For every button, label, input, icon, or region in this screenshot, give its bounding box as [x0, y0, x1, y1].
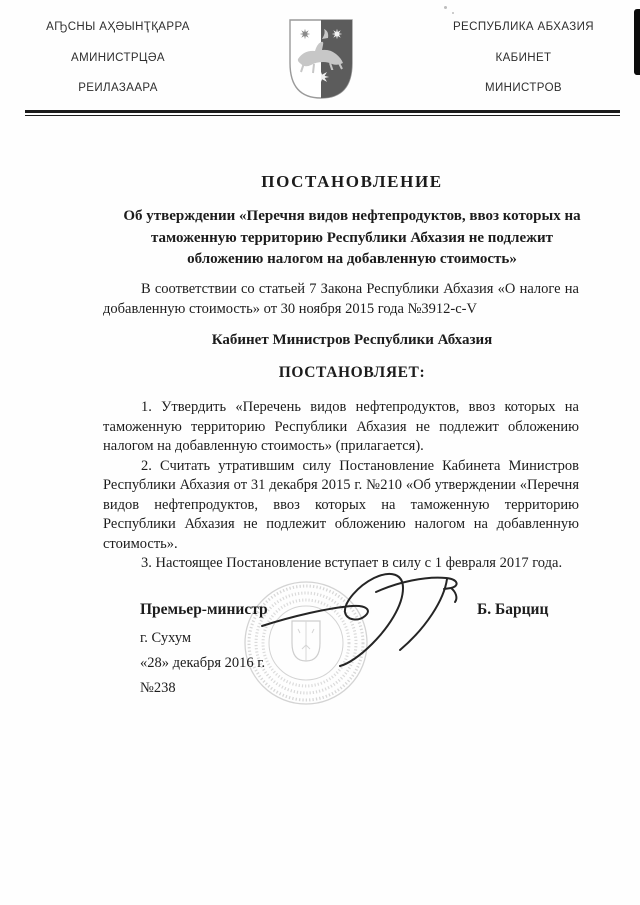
signature-city: г. Сухум — [140, 630, 191, 647]
header-line: АҦСНЫ АҲӘЫНҬҚАРРА — [28, 21, 208, 33]
scan-noise — [444, 6, 447, 9]
scan-noise — [452, 12, 454, 14]
signatory-name: Б. Барциц — [477, 601, 548, 619]
document-number: №238 — [140, 680, 176, 697]
coat-of-arms-icon — [286, 17, 356, 106]
header-russian-name: РЕСПУБЛИКА АБХАЗИЯ КАБИНЕТ МИНИСТРОВ — [436, 21, 611, 113]
header-line: МИНИСТРОВ — [436, 82, 611, 94]
resolution-items: 1. Утвердить «Перечень видов нефтепродук… — [103, 398, 579, 574]
header-line: РЕСПУБЛИКА АБХАЗИЯ — [436, 21, 611, 33]
header-line: АМИНИСТРЦӘА — [28, 52, 208, 64]
preamble-paragraph: В соответствии со статьей 7 Закона Респу… — [103, 279, 579, 319]
resolves-heading: ПОСТАНОВЛЯЕТ: — [60, 364, 640, 382]
scanned-decree-page: АҦСНЫ АҲӘЫНҬҚАРРА АМИНИСТРЦӘА РЕИЛАЗААРА — [0, 0, 640, 905]
signatory-post: Премьер-министр — [140, 601, 268, 619]
document-title: ПОСТАНОВЛЕНИЕ — [60, 172, 640, 192]
header-abkhaz-name: АҦСНЫ АҲӘЫНҬҚАРРА АМИНИСТРЦӘА РЕИЛАЗААРА — [28, 21, 208, 113]
handwritten-signature — [248, 562, 483, 679]
signature-date: «28» декабря 2016 г. — [140, 655, 265, 672]
header-divider-rule — [25, 110, 620, 116]
document-subtitle: Об утверждении «Перечня видов нефтепроду… — [122, 206, 582, 271]
resolution-item-1: 1. Утвердить «Перечень видов нефтепродук… — [103, 398, 579, 457]
resolution-item-2: 2. Считать утратившим силу Постановление… — [103, 457, 579, 555]
header-line: РЕИЛАЗААРА — [28, 82, 208, 94]
issuing-body-line: Кабинет Министров Республики Абхазия — [60, 332, 640, 349]
scan-edge-artifact — [634, 9, 640, 75]
header-line: КАБИНЕТ — [436, 52, 611, 64]
